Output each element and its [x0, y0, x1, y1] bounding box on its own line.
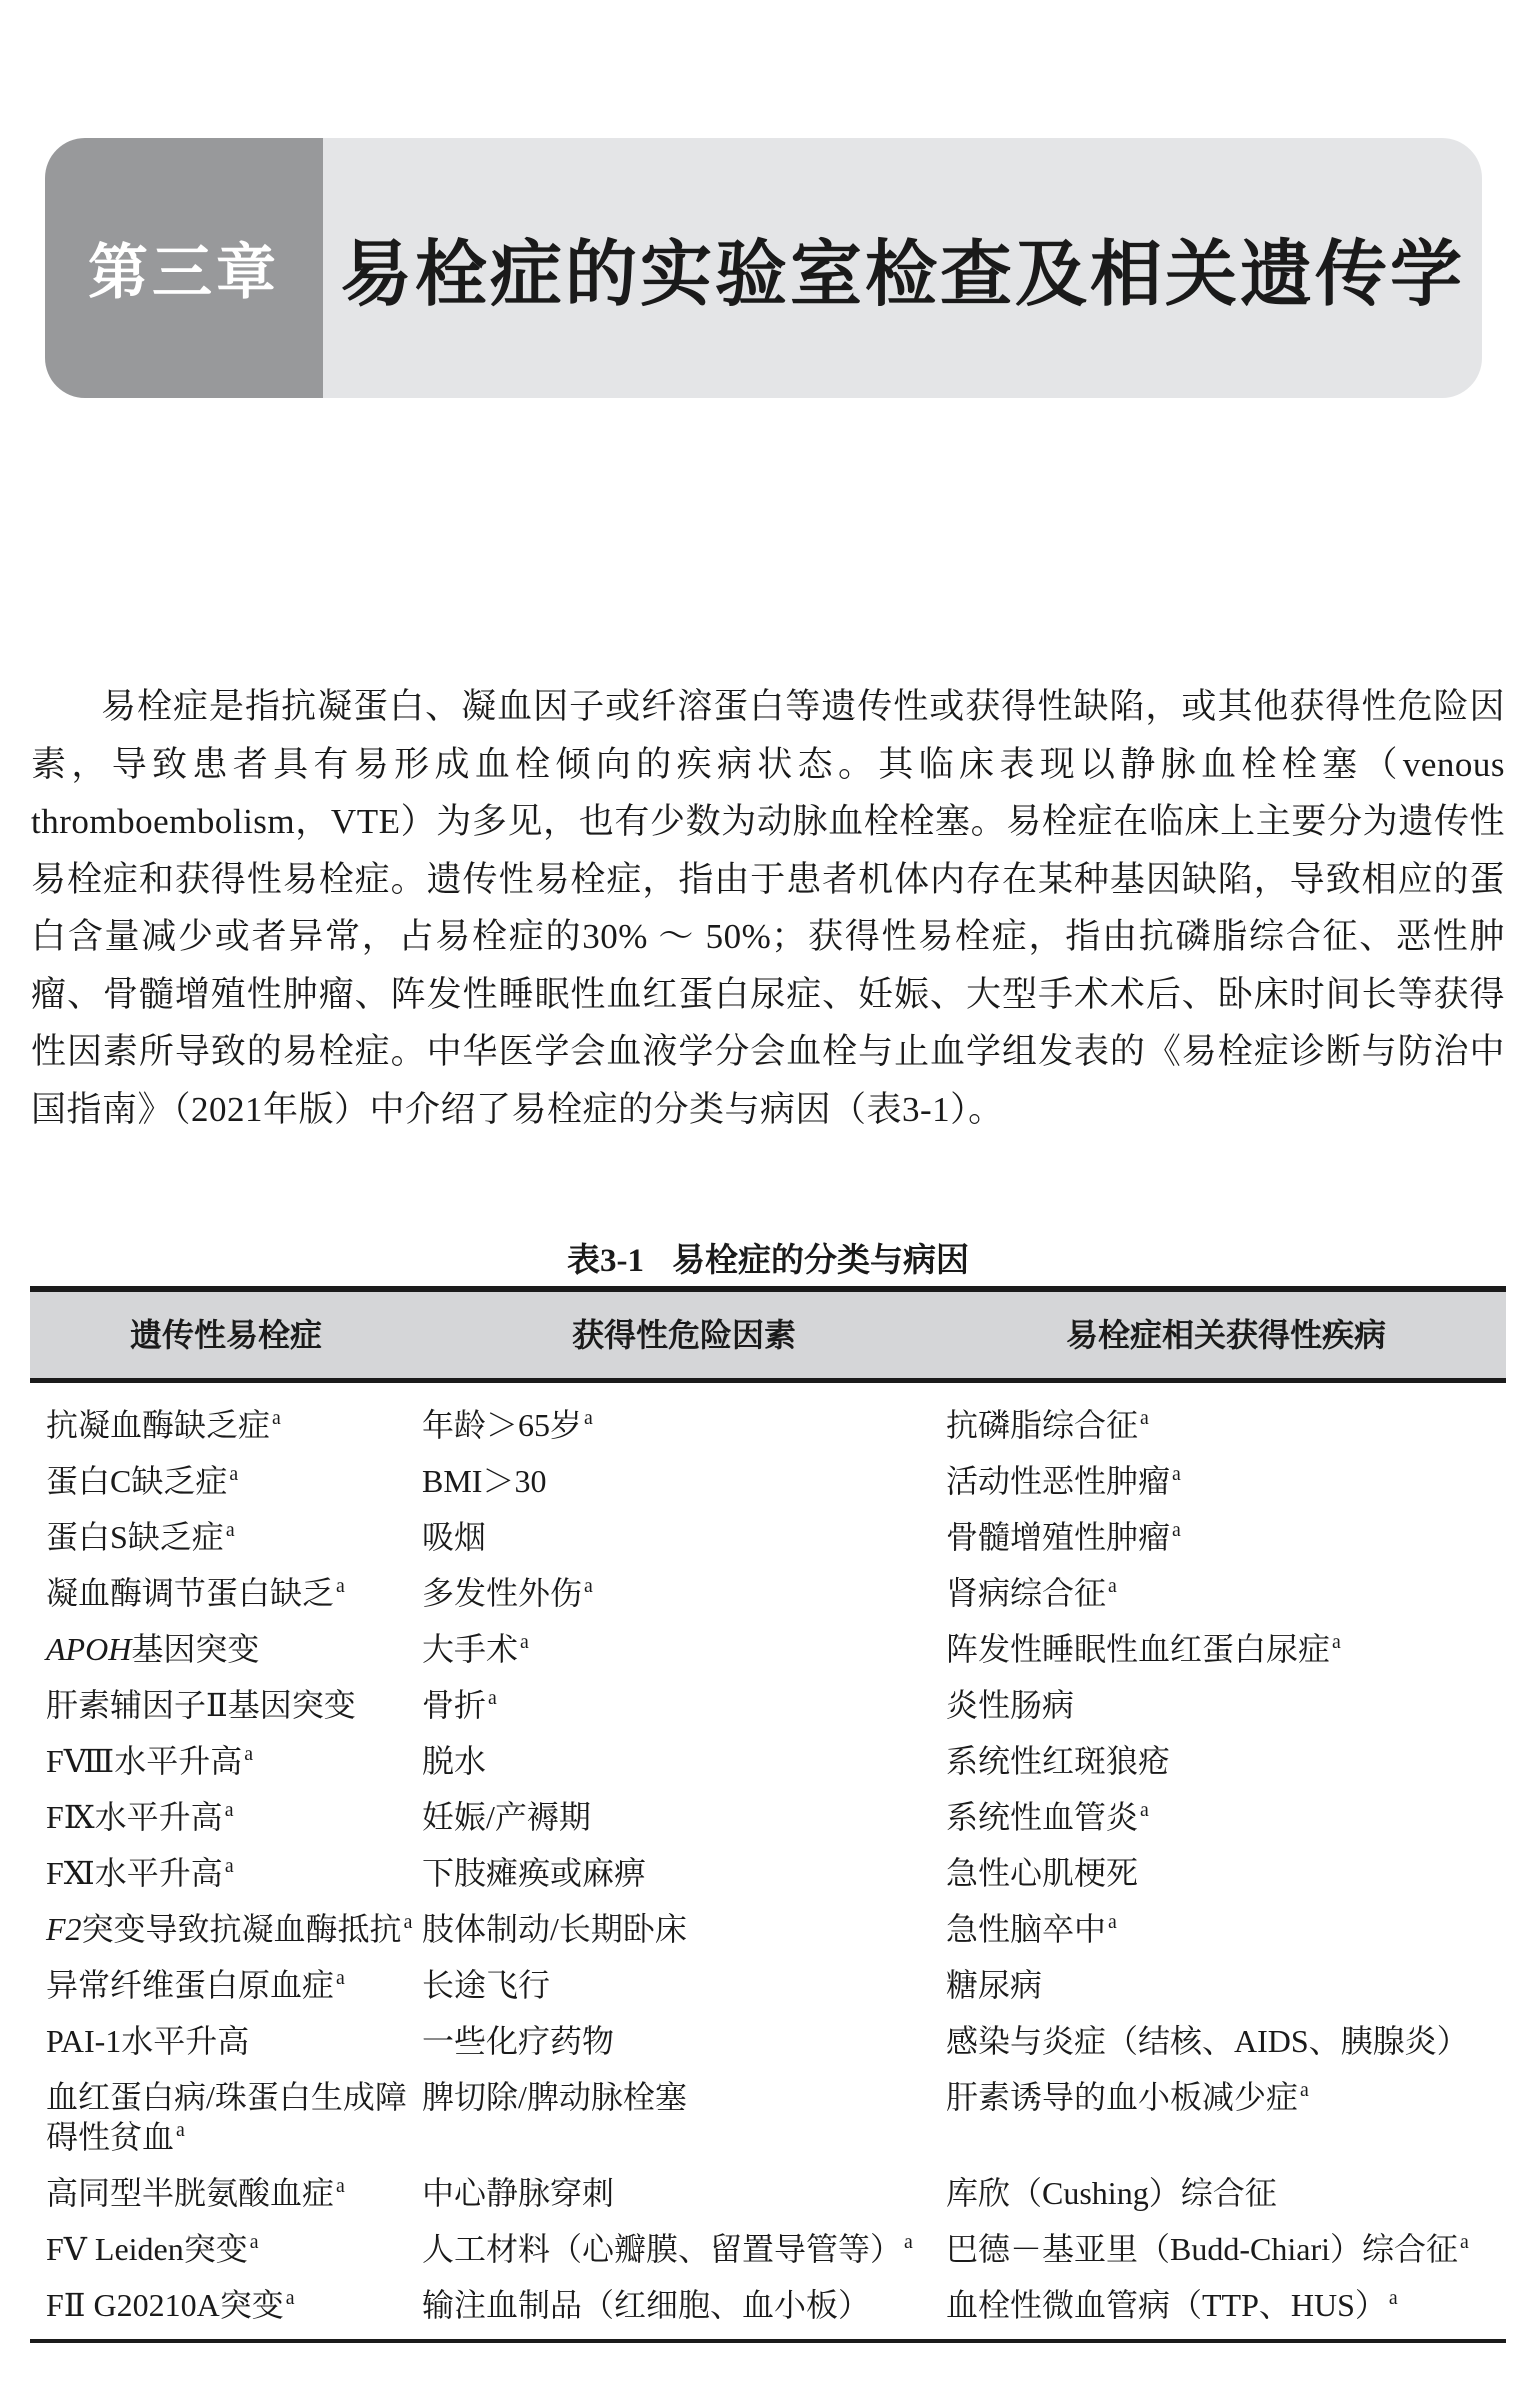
table-body: 抗凝血酶缺乏症a年龄＞65岁a抗磷脂综合征a蛋白C缺乏症aBMI＞30活动性恶性…: [30, 1383, 1506, 2343]
table-cell: 高同型半胱氨酸血症a: [30, 2173, 422, 2213]
table-cell: FⅤ Leiden突变a: [30, 2229, 422, 2269]
table-cell: 肾病综合征a: [946, 1573, 1506, 1613]
table-cell: 血栓性微血管病（TTP、HUS）a: [946, 2285, 1506, 2325]
table-row: 血红蛋白病/珠蛋白生成障碍性贫血a脾切除/脾动脉栓塞肝素诱导的血小板减少症a: [30, 2069, 1506, 2165]
table-cell: 活动性恶性肿瘤a: [946, 1461, 1506, 1501]
chapter-title-box: 易栓症的实验室检查及相关遗传学: [323, 138, 1482, 398]
table-header-row: 遗传性易栓症 获得性危险因素 易栓症相关获得性疾病: [30, 1286, 1506, 1383]
table-cell: 肝素诱导的血小板减少症a: [946, 2077, 1506, 2117]
chapter-banner: 第三章 易栓症的实验室检查及相关遗传学: [45, 138, 1482, 398]
table-caption-label: 表3-1: [567, 1243, 644, 1279]
table-cell: 急性心肌梗死: [946, 1853, 1506, 1893]
table-cell: 脾切除/脾动脉栓塞: [422, 2077, 946, 2117]
table-cell: 一些化疗药物: [422, 2021, 946, 2061]
table-cell: 骨折a: [422, 1685, 946, 1725]
table-cell: 蛋白S缺乏症a: [30, 1517, 422, 1557]
table-cell: 库欣（Cushing）综合征: [946, 2173, 1506, 2213]
table-cell: 妊娠/产褥期: [422, 1797, 946, 1837]
document-page: 第三章 易栓症的实验室检查及相关遗传学 易栓症是指抗凝蛋白、凝血因子或纤溶蛋白等…: [0, 0, 1536, 2381]
table-cell: 阵发性睡眠性血红蛋白尿症a: [946, 1629, 1506, 1669]
table-cell: 巴德－基亚里（Budd-Chiari）综合征a: [946, 2229, 1506, 2269]
table-cell: 糖尿病: [946, 1965, 1506, 2005]
table-cell: 大手术a: [422, 1629, 946, 1669]
table-cell: 多发性外伤a: [422, 1573, 946, 1613]
table-cell: BMI＞30: [422, 1461, 946, 1501]
table-cell: 脱水: [422, 1741, 946, 1781]
table-cell: 异常纤维蛋白原血症a: [30, 1965, 422, 2005]
table-row: 肝素辅因子Ⅱ基因突变骨折a炎性肠病: [30, 1677, 1506, 1733]
table-cell: 肢体制动/长期卧床: [422, 1909, 946, 1949]
table-row: PAI-1水平升高一些化疗药物感染与炎症（结核、AIDS、胰腺炎）: [30, 2013, 1506, 2069]
chapter-number-box: 第三章: [45, 138, 323, 398]
chapter-number-label: 第三章: [88, 225, 280, 311]
table-cell: 抗磷脂综合征a: [946, 1405, 1506, 1445]
table-cell: FⅨ水平升高a: [30, 1797, 422, 1837]
table-cell: 急性脑卒中a: [946, 1909, 1506, 1949]
table-cell: 炎性肠病: [946, 1685, 1506, 1725]
column-header-acquired-risk: 获得性危险因素: [422, 1315, 946, 1355]
table-cell: FⅡ G20210A突变a: [30, 2285, 422, 2325]
table-row: 凝血酶调节蛋白缺乏a多发性外伤a肾病综合征a: [30, 1565, 1506, 1621]
classification-table: 遗传性易栓症 获得性危险因素 易栓症相关获得性疾病 抗凝血酶缺乏症a年龄＞65岁…: [30, 1286, 1506, 2343]
table-row: FⅨ水平升高a妊娠/产褥期系统性血管炎a: [30, 1789, 1506, 1845]
table-cell: F2突变导致抗凝血酶抵抗a: [30, 1909, 422, 1949]
table-row: FⅤ Leiden突变a人工材料（心瓣膜、留置导管等）a巴德－基亚里（Budd-…: [30, 2221, 1506, 2277]
table-cell: 凝血酶调节蛋白缺乏a: [30, 1573, 422, 1613]
column-header-hereditary: 遗传性易栓症: [30, 1315, 422, 1355]
table-cell: 系统性红斑狼疮: [946, 1741, 1506, 1781]
table-cell: 中心静脉穿刺: [422, 2173, 946, 2213]
table-cell: 下肢瘫痪或麻痹: [422, 1853, 946, 1893]
table-row: FⅪ水平升高a下肢瘫痪或麻痹急性心肌梗死: [30, 1845, 1506, 1901]
table-cell: 人工材料（心瓣膜、留置导管等）a: [422, 2229, 946, 2269]
table-cell: 系统性血管炎a: [946, 1797, 1506, 1837]
table-row: F2突变导致抗凝血酶抵抗a肢体制动/长期卧床急性脑卒中a: [30, 1901, 1506, 1957]
table-cell: 年龄＞65岁a: [422, 1405, 946, 1445]
table-cell: 吸烟: [422, 1517, 946, 1557]
table-caption-title: 易栓症的分类与病因: [672, 1243, 969, 1279]
table-row: 抗凝血酶缺乏症a年龄＞65岁a抗磷脂综合征a: [30, 1397, 1506, 1453]
table-cell: 感染与炎症（结核、AIDS、胰腺炎）: [946, 2021, 1506, 2061]
table-row: FⅡ G20210A突变a输注血制品（红细胞、血小板）血栓性微血管病（TTP、H…: [30, 2277, 1506, 2333]
table-cell: 蛋白C缺乏症a: [30, 1461, 422, 1501]
table-cell: 肝素辅因子Ⅱ基因突变: [30, 1685, 422, 1725]
table-cell: 输注血制品（红细胞、血小板）: [422, 2285, 946, 2325]
table-cell: PAI-1水平升高: [30, 2021, 422, 2061]
table-cell: FⅧ水平升高a: [30, 1741, 422, 1781]
table-cell: 骨髓增殖性肿瘤a: [946, 1517, 1506, 1557]
chapter-title: 易栓症的实验室检查及相关遗传学: [340, 216, 1465, 320]
table-row: APOH基因突变大手术a阵发性睡眠性血红蛋白尿症a: [30, 1621, 1506, 1677]
intro-paragraph: 易栓症是指抗凝蛋白、凝血因子或纤溶蛋白等遗传性或获得性缺陷，或其他获得性危险因素…: [31, 678, 1505, 1138]
table-cell: FⅪ水平升高a: [30, 1853, 422, 1893]
table-cell: 抗凝血酶缺乏症a: [30, 1405, 422, 1445]
table-row: 高同型半胱氨酸血症a中心静脉穿刺库欣（Cushing）综合征: [30, 2165, 1506, 2221]
column-header-acquired-disease: 易栓症相关获得性疾病: [946, 1315, 1506, 1355]
table-row: 蛋白C缺乏症aBMI＞30活动性恶性肿瘤a: [30, 1453, 1506, 1509]
table-row: 蛋白S缺乏症a吸烟骨髓增殖性肿瘤a: [30, 1509, 1506, 1565]
table-row: 异常纤维蛋白原血症a长途飞行糖尿病: [30, 1957, 1506, 2013]
table-caption: 表3-1易栓症的分类与病因: [0, 1234, 1536, 1281]
table-cell: 血红蛋白病/珠蛋白生成障碍性贫血a: [30, 2077, 422, 2157]
table-cell: APOH基因突变: [30, 1629, 422, 1669]
table-cell: 长途飞行: [422, 1965, 946, 2005]
table-row: FⅧ水平升高a脱水系统性红斑狼疮: [30, 1733, 1506, 1789]
